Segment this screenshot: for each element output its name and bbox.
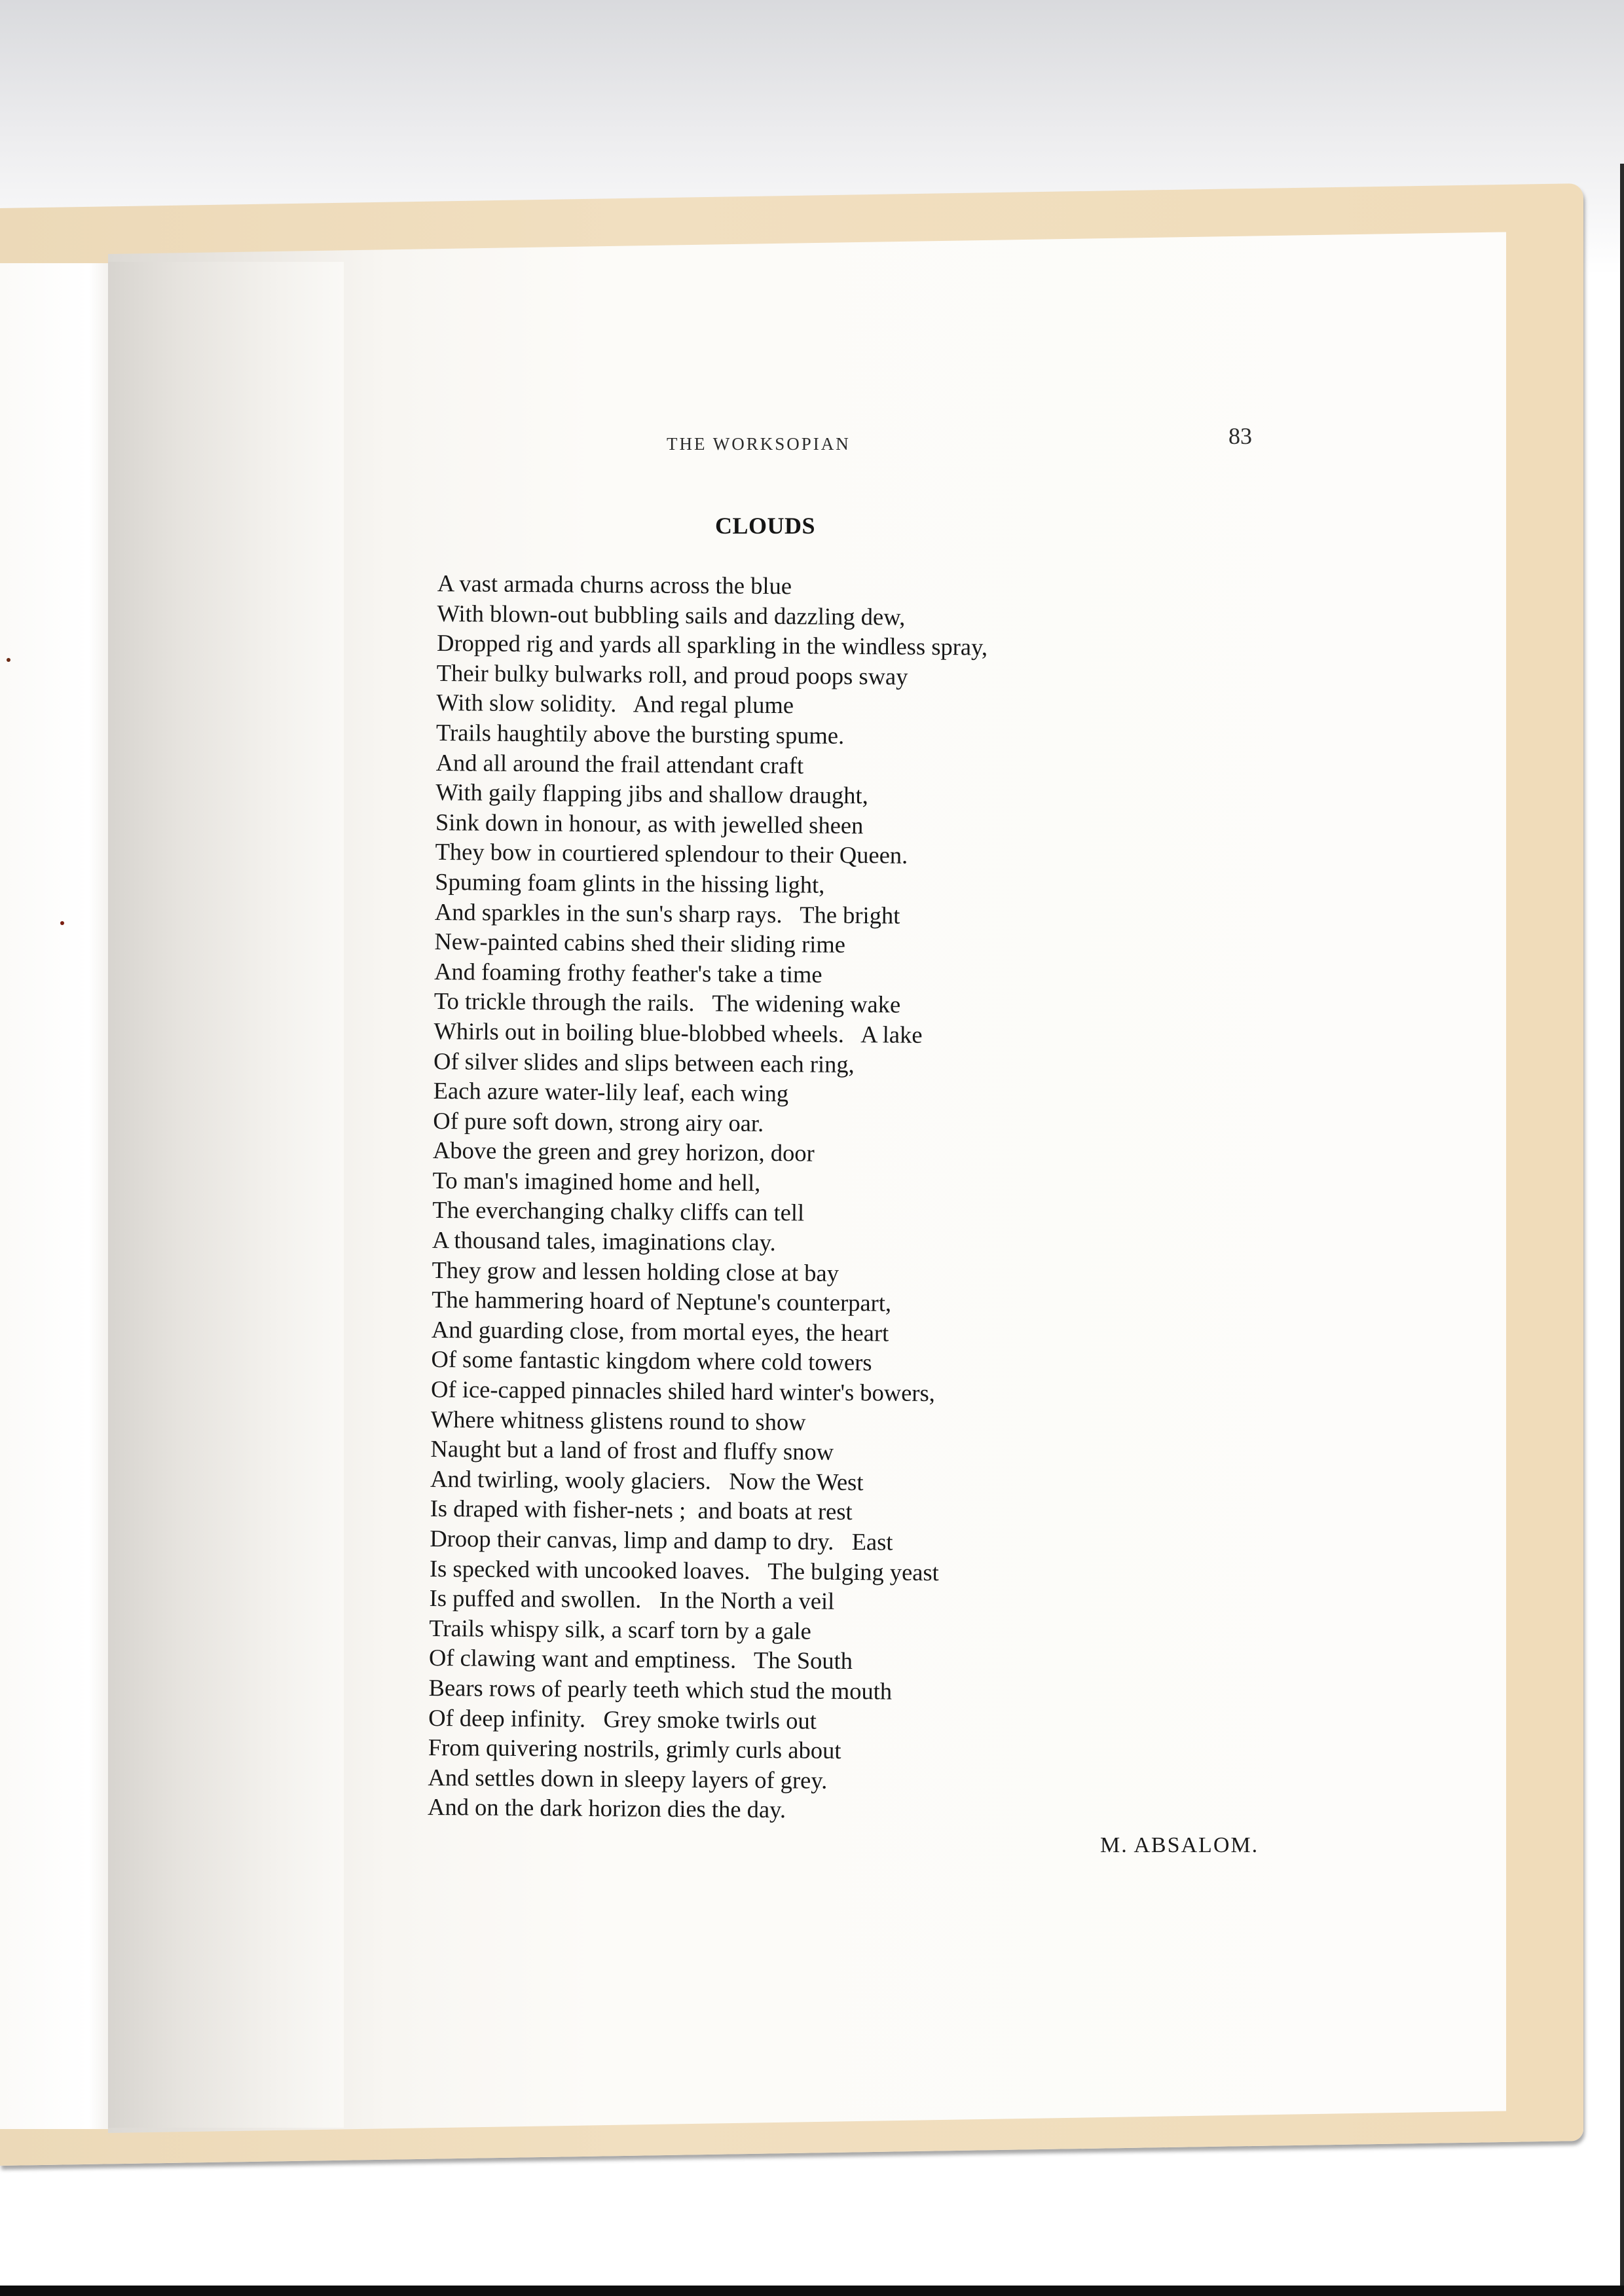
paper-speck: [60, 921, 64, 925]
paper-speck: [7, 658, 10, 662]
page-gutter-shadow: [108, 262, 344, 2128]
poem-author: M. ABSALOM.: [1100, 1833, 1259, 1858]
scanner-edge: [1620, 164, 1624, 2296]
scanner-bottom-edge: [0, 2286, 1624, 2296]
running-head: THE WORKSOPIAN: [667, 434, 851, 454]
poem-body: A vast armada churns across the blue Wit…: [428, 568, 1420, 1830]
page-number: 83: [1228, 422, 1252, 450]
left-facing-page: [0, 263, 111, 2129]
poem-title: CLOUDS: [715, 512, 815, 539]
